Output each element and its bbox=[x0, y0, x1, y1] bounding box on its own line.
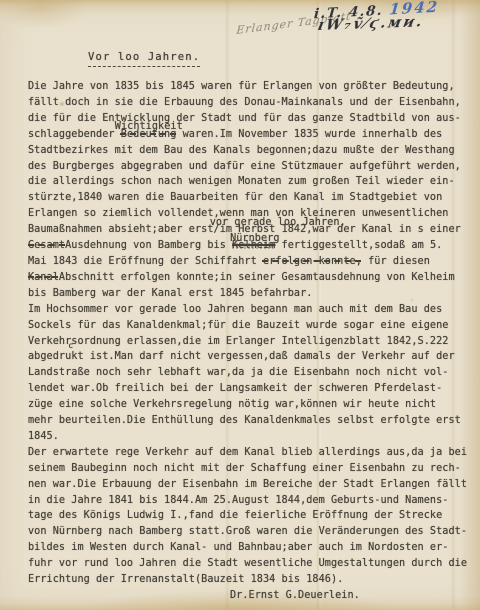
line-segment: Abschnitt erfolgen konnte;in seiner Gesa… bbox=[59, 272, 455, 283]
text-line: Die Jahre von 1835 bis 1845 waren für Er… bbox=[28, 79, 474, 95]
inserted-words-above: vor gerade loo Jahren, bbox=[210, 215, 346, 231]
text-line: 1845. bbox=[28, 429, 474, 445]
line-segment: abgedru bbox=[28, 351, 71, 362]
document-title: Vor loo Jahren. bbox=[88, 51, 200, 67]
text-line: Der erwartete rege Verkehr auf dem Kanal… bbox=[28, 445, 474, 461]
line-segment: fertiggestellt,sodaß am 5. bbox=[275, 240, 442, 251]
text-line: bis Bamberg war der Kanal erst 1845 befa… bbox=[28, 286, 474, 302]
text-line: KanalAbschnitt erfolgen konnte;in seiner… bbox=[28, 270, 474, 286]
text-line: des Burgberges abgegraben und dafür eine… bbox=[28, 159, 474, 175]
text-line: schlaggebender WichtigkeitBedeutung ware… bbox=[28, 127, 474, 143]
text-line: in die Jahre 1841 bis 1844.Am 25.August … bbox=[28, 493, 474, 509]
text-line: züge eine solche Verkehrsregelung nötig … bbox=[28, 397, 474, 413]
line-segment: kt ist.Man darf nicht vergessen,daß dama… bbox=[71, 351, 454, 362]
scanned-document-page: Erlanger Tagblatt i.T. 4.8. 1942 ıW₇ṽ⁄ϛ.… bbox=[0, 0, 480, 610]
text-line: von Nürnberg nach Bamberg statt.Groß war… bbox=[28, 524, 474, 540]
blue-ink-underlined-text: Donau-Mainkanals bbox=[244, 97, 343, 108]
text-line: bildes im Westen durch Kanal- und Bahnba… bbox=[28, 540, 474, 556]
text-line: Mai 1843 die Eröffnung der Schiffahrt er… bbox=[28, 254, 474, 270]
text-line: abgedruckt ist.Man darf nicht vergessen,… bbox=[28, 349, 474, 365]
text-line: tage des Königs Ludwig I.,fand die feier… bbox=[28, 508, 474, 524]
text-line: nen war.Die Erbauung der Eisenbahn im Be… bbox=[28, 477, 474, 493]
typed-correction: WichtigkeitBedeutung bbox=[121, 127, 177, 143]
text-line: Stadtbezirkes mit dem Bau des Kanals beg… bbox=[28, 143, 474, 159]
text-line: mehr beurteilen.Die Enthüllung des Kanal… bbox=[28, 413, 474, 429]
text-line: die allerdings schon nach wenigen Monate… bbox=[28, 174, 474, 190]
line-segment: Mai 1843 die Eröffnung der Schiffahrt bbox=[28, 256, 263, 267]
text-line: fuhr vor rund loo Jahren die Stadt wesen… bbox=[28, 556, 474, 572]
struck-word: Kanal bbox=[28, 272, 59, 283]
text-line: fällt doch in sie die Erbauung des Donau… bbox=[28, 95, 474, 111]
text-line: Landstraße noch sehr lebhaft war,da ja d… bbox=[28, 365, 474, 381]
text-line: Errichtung der Irrenanstalt(Bauzeit 1834… bbox=[28, 572, 474, 588]
ink-shorthand-scribble: ıW₇ṽ⁄ϛ.ᴍᴎ. bbox=[316, 13, 426, 34]
line-segment: fällt doch in sie die Erbauung des bbox=[28, 97, 244, 108]
text-line: seinem Baubeginn noch nicht mit der Scha… bbox=[28, 461, 474, 477]
typed-correction: NürnbergKelheim bbox=[232, 238, 275, 254]
document-body: Die Jahre von 1835 bis 1845 waren für Er… bbox=[28, 79, 474, 604]
struck-words: erfolgen-konnte, bbox=[263, 256, 362, 267]
line-segment: der Kanal in s einer bbox=[331, 224, 461, 235]
line-segment: Baumaßnahmen absieht;aber erst/ bbox=[28, 224, 220, 235]
text-line: Verkehrsordnung erlassen,die im Erlanger… bbox=[28, 334, 474, 350]
text-line: die für die Entwicklung der Stadt und fü… bbox=[28, 111, 474, 127]
document-title-text: Vor loo Jahren. bbox=[88, 51, 200, 67]
text-line: GesamtAusdehnung von Bamberg bis Nürnber… bbox=[28, 238, 474, 254]
inserted-word-above: Wichtigkeit bbox=[115, 119, 183, 135]
text-line: Sockels für das Kanaldenkmal;für die Bau… bbox=[28, 318, 474, 334]
line-segment: waren.Im November 1835 wurde innerhalb d… bbox=[176, 129, 442, 140]
signature-line: Dr.Ernst G.Deuerlein. bbox=[28, 588, 474, 604]
text-line: Im Hochsommer vor gerade loo Jahren bega… bbox=[28, 302, 474, 318]
inserted-letter-above: c bbox=[68, 338, 73, 354]
inserted-word-above: Nürnberg bbox=[230, 231, 279, 247]
line-segment: für diesen bbox=[362, 256, 430, 267]
line-segment: und der Eisenbahn, bbox=[343, 97, 460, 108]
line-segment: schlaggebender bbox=[28, 129, 121, 140]
text-line: stürzte,1840 waren die Bauarbeiten für d… bbox=[28, 190, 474, 206]
struck-word: Gesamt bbox=[28, 240, 65, 251]
line-segment: Ausdehnung von Bamberg bis bbox=[65, 240, 232, 251]
text-line: lendet war.Ob freilich bei der Langsamke… bbox=[28, 381, 474, 397]
